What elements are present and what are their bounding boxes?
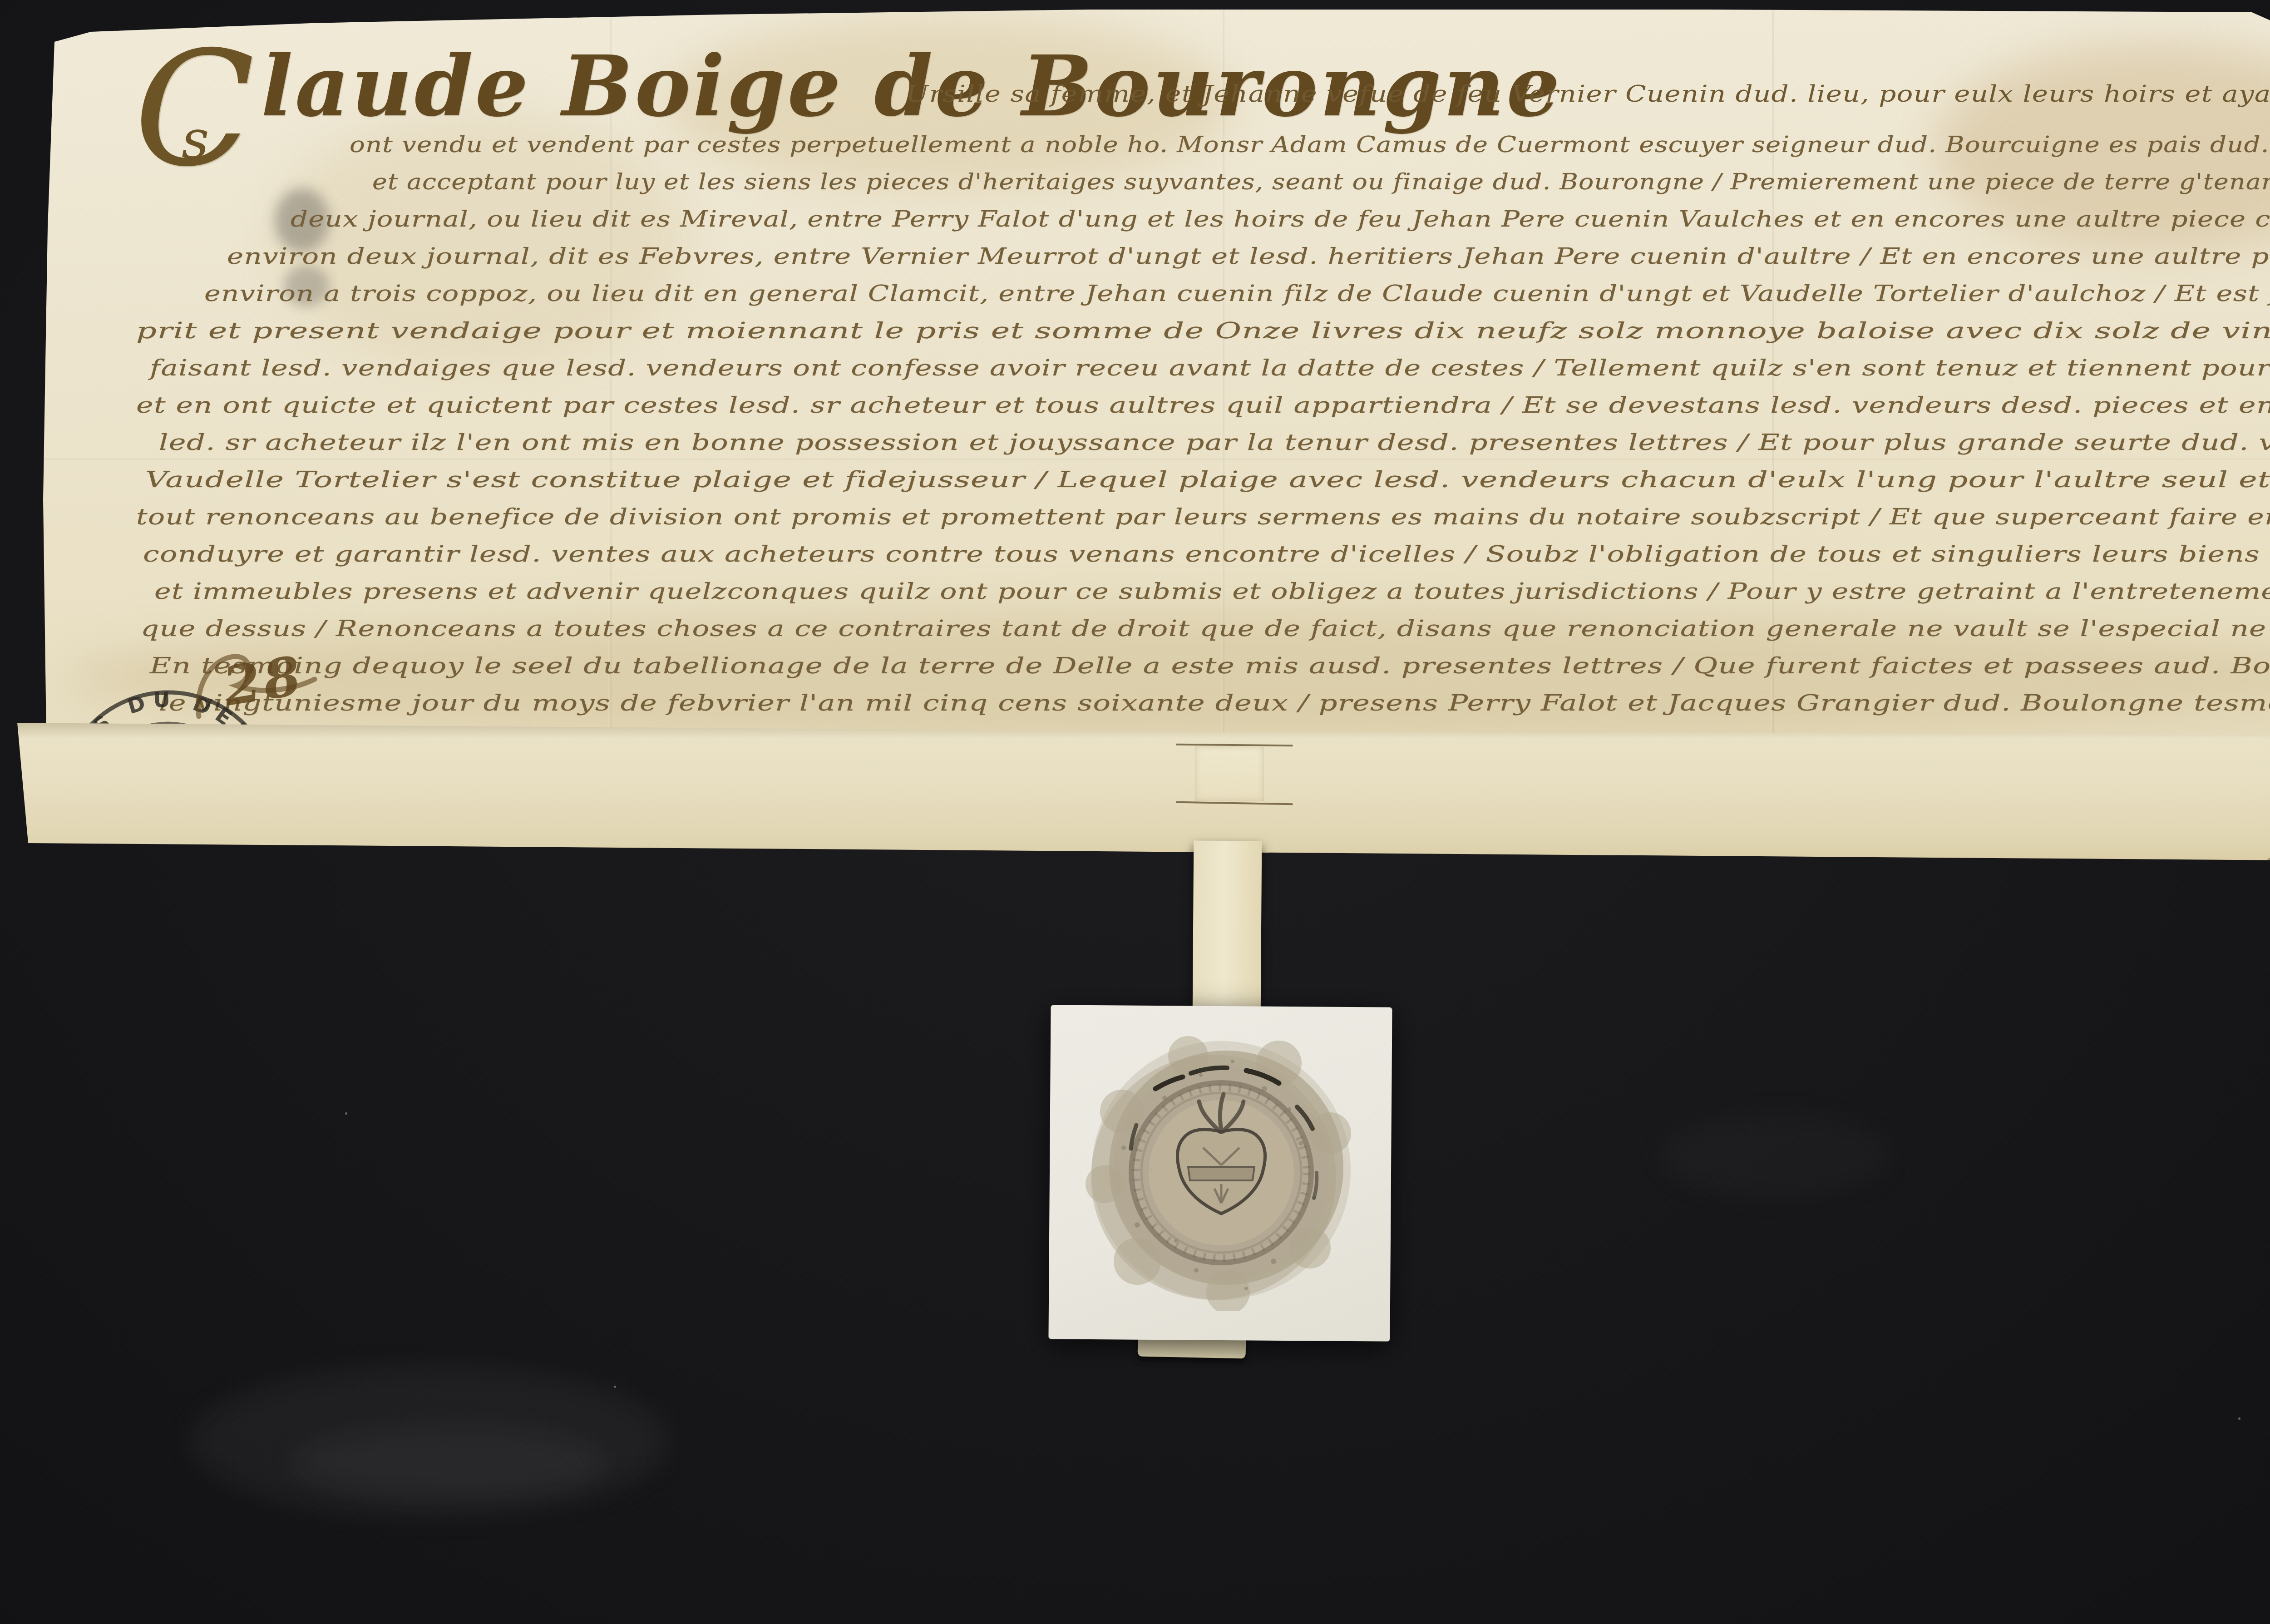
heading-continuation: Ursille sa femme, et Jehanne vefue de fe… <box>906 81 2270 122</box>
manuscript-line: En tesmoing dequoy le seel du tabelliona… <box>150 653 2270 687</box>
manuscript-line: et immeubles presens et advenir quelzcon… <box>154 579 2270 612</box>
manuscript-line: tout renonceans au benefice de division … <box>136 504 2270 538</box>
manuscript-line-text: En tesmoing dequoy le seel du tabelliona… <box>150 653 2270 679</box>
manuscript-line: conduyre et garantir lesd. ventes aux ac… <box>143 542 2270 575</box>
manuscript-line: que dessus / Renonceans a toutes choses … <box>141 616 2270 650</box>
manuscript-line: et acceptant pour luy et les siens les p… <box>372 169 2270 203</box>
manuscript-line: led. sr acheteur ilz l'en ont mis en bon… <box>159 430 2270 464</box>
manuscript-line-text: deux journal, ou lieu dit es Mireval, en… <box>291 207 2270 232</box>
manuscript-line-text: conduyre et garantir lesd. ventes aux ac… <box>143 542 2270 567</box>
manuscript-line: prit et present vendaige pour et moienna… <box>136 318 2270 352</box>
manuscript-line: et en ont quicte et quictent par cestes … <box>136 393 2270 426</box>
manuscript-line-text: prit et present vendaige pour et moienna… <box>136 318 2270 344</box>
manuscript-line-text: faisant lesd. vendaiges que lesd. vendeu… <box>150 355 2270 381</box>
manuscript-line-text: ont vendu et vendent par cestes perpetue… <box>350 132 2270 158</box>
manuscript-line-text: que dessus / Renonceans a toutes choses … <box>141 616 2270 642</box>
plica-fold <box>14 720 2270 869</box>
manuscript-line-text: environ a trois coppoz, ou lieu dit en g… <box>204 281 2270 306</box>
manuscript-line: deux journal, ou lieu dit es Mireval, en… <box>291 207 2270 240</box>
initial-flourish: s <box>182 108 209 171</box>
manuscript-line: environ deux journal, dit es Febvres, en… <box>227 244 2270 277</box>
manuscript-line-text: et en ont quicte et quictent par cestes … <box>136 393 2270 418</box>
manuscript-line-text: environ deux journal, dit es Febvres, en… <box>227 244 2270 269</box>
photo-background: C s laude Boige de Bourongne Ursille sa … <box>0 0 2270 1624</box>
heading-continuation-text: Ursille sa femme, et Jehanne vefue de fe… <box>906 81 2270 107</box>
manuscript-line-text: led. sr acheteur ilz l'en ont mis en bon… <box>159 430 2270 455</box>
manuscript-line-text: et acceptant pour luy et les siens les p… <box>372 169 2270 195</box>
manuscript-line: ont vendu et vendent par cestes perpetue… <box>350 132 2270 166</box>
dust-speck <box>614 1386 616 1388</box>
manuscript-line: Vaudelle Tortelier s'est constitue plaig… <box>145 467 2270 501</box>
manuscript-line-text: et immeubles presens et advenir quelzcon… <box>154 579 2270 604</box>
manuscript-line: faisant lesd. vendaiges que lesd. vendeu… <box>150 355 2270 389</box>
archival-cote: 28 <box>219 643 308 718</box>
background-smudge <box>1657 1112 1893 1199</box>
manuscript-line-text: tout renonceans au benefice de division … <box>136 504 2270 530</box>
background-smudge <box>291 1426 608 1498</box>
fold-slit-bottom <box>1176 801 1293 805</box>
manuscript-line-text: Vaudelle Tortelier s'est constitue plaig… <box>145 467 2270 493</box>
seal-tag <box>1193 840 1262 1019</box>
dust-speck <box>2238 1417 2240 1420</box>
background-smudge <box>191 1367 667 1516</box>
dust-speck <box>345 1112 347 1115</box>
manuscript-line: le vingtuniesme jour du moys de febvrier… <box>159 691 2270 724</box>
wax-seal <box>1083 1034 1360 1311</box>
tag-through-slot <box>1195 746 1264 801</box>
manuscript-line: environ a trois coppoz, ou lieu dit en g… <box>204 281 2270 315</box>
manuscript-line-text: le vingtuniesme jour du moys de febvrier… <box>159 691 2270 716</box>
